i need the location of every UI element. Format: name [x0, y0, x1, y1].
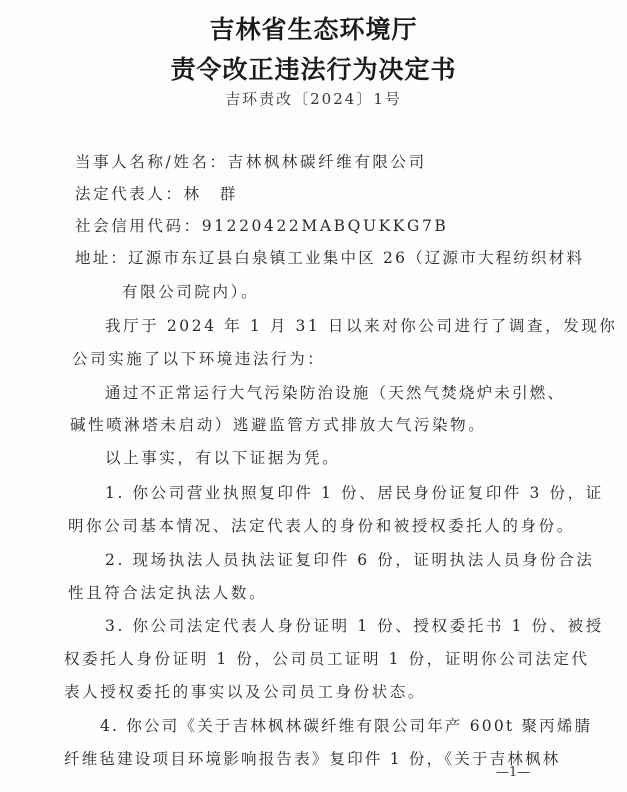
- evidence-item-2-line1: 2. 现场执法人员执法证复印件 6 份，证明执法人员身份合法: [105, 548, 594, 570]
- party-name-value: 吉林枫林碳纤维有限公司: [228, 153, 427, 171]
- page-number: —1—: [496, 765, 530, 780]
- evidence-item-3-line3: 表人授权委托的事实以及公司员工身份状态。: [64, 680, 426, 702]
- legal-rep-value: 林 群: [184, 185, 238, 203]
- address-value-line1: 辽源市东辽县白泉镇工业集中区 26（辽源市大程纺织材料: [128, 249, 584, 267]
- legal-rep-label: 法定代表人：: [75, 185, 184, 203]
- evidence-item-3-line2: 权委托人身份证明 1 份，公司员工证明 1 份，证明你公司法定代: [64, 647, 590, 669]
- credit-code-value: 91220422MABQUKKG7B: [202, 217, 449, 235]
- violation-line1: 通过不正常运行大气污染防治设施（天然气焚烧炉未引燃、: [105, 381, 565, 403]
- address-label: 地址：: [75, 249, 128, 267]
- document-page: 吉林省生态环境厅 责令改正违法行为决定书 吉环责改〔2024〕1号 当事人名称/…: [0, 0, 627, 792]
- party-name-row: 当事人名称/姓名：吉林枫林碳纤维有限公司: [75, 150, 427, 172]
- intro-line2: 公司实施了以下环境违法行为：: [72, 347, 325, 369]
- credit-code-row: 社会信用代码：91220422MABQUKKG7B: [75, 214, 448, 236]
- document-number: 吉环责改〔2024〕1号: [0, 88, 627, 109]
- credit-code-label: 社会信用代码：: [75, 217, 202, 235]
- evidence-item-2-line2: 性且符合法定执法人数。: [68, 581, 267, 603]
- address-value-line2: 有限公司院内）。: [122, 280, 259, 302]
- evidence-item-1-line2: 明你公司基本情况、法定代表人的身份和被授权委托人的身份。: [68, 514, 575, 536]
- evidence-item-4-line2: 纤维毡建设项目环境影响报告表》复印件 1 份，《关于吉林枫林: [64, 747, 560, 769]
- violation-line2: 碱性喷淋塔未启动）逃避监管方式排放大气污染物。: [70, 413, 486, 435]
- legal-rep-row: 法定代表人：林 群: [75, 182, 238, 204]
- party-name-label: 当事人名称/姓名：: [75, 153, 228, 171]
- address-row: 地址：辽源市东辽县白泉镇工业集中区 26（辽源市大程纺织材料: [75, 246, 584, 268]
- document-title: 责令改正违法行为决定书: [0, 50, 627, 86]
- intro-line1: 我厅于 2024 年 1 月 31 日以来对你公司进行了调查，发现你: [105, 314, 618, 336]
- agency-title: 吉林省生态环境厅: [0, 10, 627, 46]
- evidence-item-1-line1: 1. 你公司营业执照复印件 1 份、居民身份证复印件 3 份，证: [105, 481, 604, 503]
- evidence-intro: 以上事实，有以下证据为凭。: [105, 446, 340, 468]
- evidence-item-4-line1: 4. 你公司《关于吉林枫林碳纤维有限公司年产 600t 聚丙烯腈: [100, 714, 592, 736]
- evidence-item-3-line1: 3. 你公司法定代表人身份证明 1 份、授权委托书 1 份、被授: [105, 614, 604, 636]
